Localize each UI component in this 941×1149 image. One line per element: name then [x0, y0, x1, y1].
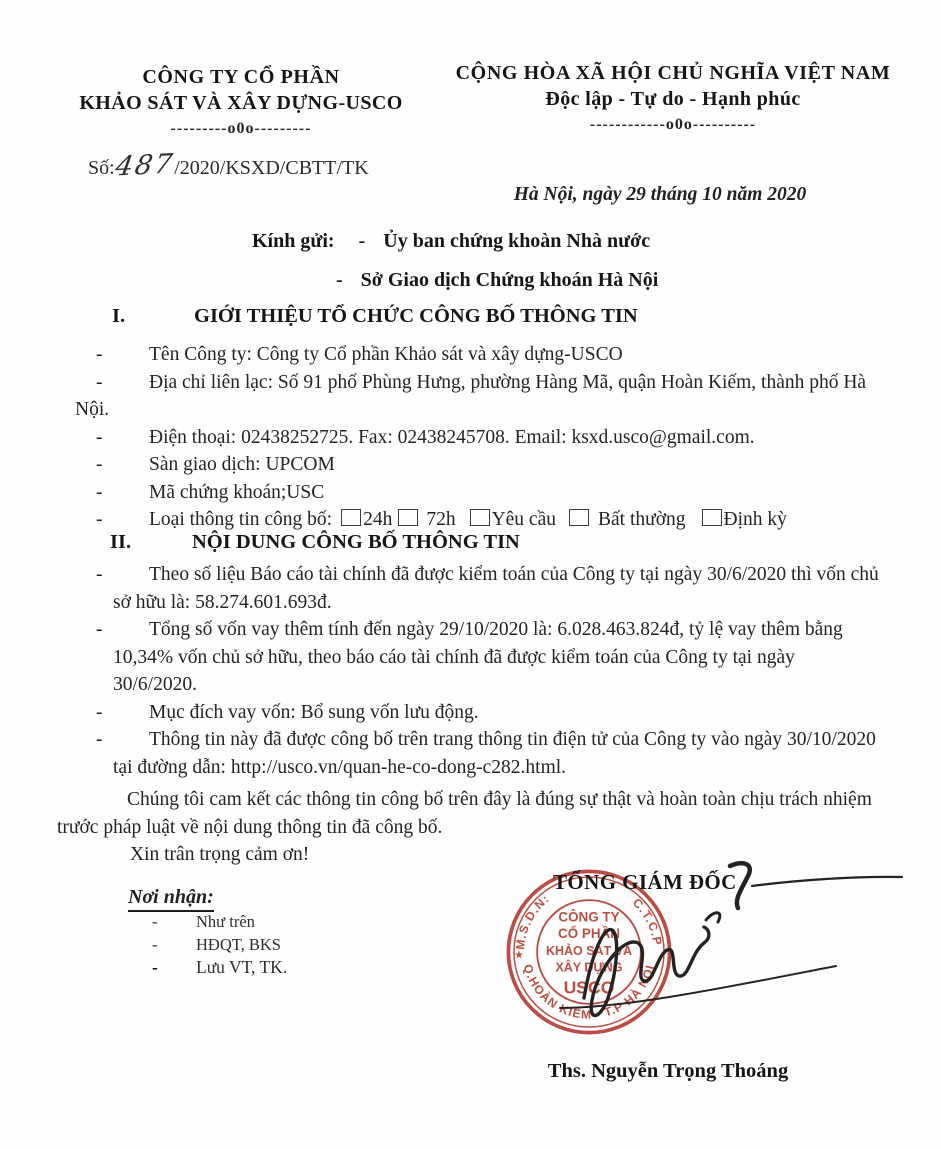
checkbox-dinh-ky[interactable] [702, 509, 722, 526]
dash-bullet: - [96, 479, 103, 507]
checkbox-label-72h: 72h [426, 509, 455, 530]
stamp-center-line1: CÔNG TY [558, 909, 619, 924]
stamp-star: ★ [514, 949, 524, 961]
dash-bullet: - [96, 726, 103, 754]
document-number-prefix: Số: [88, 157, 115, 179]
company-name-item: Tên Công ty: Công ty Cổ phần Khảo sát và… [75, 341, 881, 369]
national-separator: ------------o0o---------- [424, 112, 922, 138]
section2-title: NỘI DUNG CÔNG BỐ THÔNG TIN [192, 531, 520, 553]
checkbox-label-yeu-cau: Yêu cầu [492, 509, 556, 530]
stamp-ring-right-text: C.T.C.P [630, 896, 665, 947]
checkbox-24h[interactable] [341, 509, 361, 526]
section2-number: II. [110, 531, 192, 554]
national-line2: Độc lập - Tự do - Hạnh phúc [424, 86, 922, 112]
commitment-paragraph: Chúng tôi cam kết các thông tin công bố … [57, 786, 881, 841]
dash-bullet: - [336, 269, 343, 291]
section1-heading: I.GIỚI THIỆU TỔ CHỨC CÔNG BỐ THÔNG TIN [112, 305, 638, 328]
dash-bullet: - [96, 506, 103, 534]
disclosure-type-content: Loại thông tin công bố:24h72hYêu cầuBất … [75, 506, 881, 534]
thanks-line: Xin trân trọng cảm ơn! [130, 844, 309, 866]
section1-list: - Tên Công ty: Công ty Cổ phần Khảo sát … [75, 341, 881, 534]
noi-nhan-item-text: Như trên [196, 912, 255, 931]
checkbox-bat-thuong[interactable] [569, 509, 589, 526]
document-number-suffix: /2020/KSXD/CBTT/TK [174, 157, 368, 179]
purpose-item: Mục đích vay vốn: Bổ sung vốn lưu động. [113, 699, 881, 727]
svg-text:C.T.C.P: C.T.C.P [630, 896, 665, 947]
checkbox-label-bat-thuong: Bất thường [598, 509, 686, 530]
signature-hook [706, 913, 720, 922]
stamp-center-line4: XÂY DỰNG [555, 959, 622, 974]
recipients-line-1: Kính gửi:-Ủy ban chứng khoàn Nhà nước [252, 228, 650, 255]
signer-title: TỔNG GIÁM ĐỐC [553, 870, 737, 895]
dash-bullet: - [96, 561, 103, 589]
dash-bullet: - [96, 699, 103, 727]
contact-item: Điện thoại: 02438252725. Fax: 0243824570… [75, 424, 881, 452]
dash-bullet: - [96, 451, 103, 479]
document-page: CÔNG TY CỔ PHẦN KHẢO SÁT VÀ XÂY DỰNG-USC… [0, 0, 941, 1149]
stamp-center-line3: KHẢO SÁT VÀ [546, 943, 632, 958]
stamp-center-line5: USCO [564, 978, 615, 998]
signer-name: Ths. Nguyễn Trọng Thoáng [523, 1060, 813, 1083]
date-line: Hà Nội, ngày 29 tháng 10 năm 2020 [430, 184, 890, 206]
dash-bullet: - [152, 956, 158, 979]
national-header-block: CỘNG HÒA XÃ HỘI CHỦ NGHĨA VIỆT NAM Độc l… [424, 60, 922, 138]
recipient-2: Sở Giao dịch Chứng khoán Hà Nội [361, 269, 659, 291]
list-item: - Mục đích vay vốn: Bổ sung vốn lưu động… [113, 699, 881, 727]
recipient-1: Ủy ban chứng khoàn Nhà nước [383, 230, 650, 252]
disclosure-url: Thông tin này đã được công bố trên trang… [113, 726, 881, 781]
list-item: - Tổng số vốn vay thêm tính đến ngày 29/… [113, 616, 881, 699]
dash-bullet: - [96, 369, 103, 397]
noi-nhan-item: - Lưu VT, TK. [146, 956, 287, 979]
checkbox-label-dinh-ky: Định kỳ [724, 509, 787, 530]
company-separator: ---------o0o--------- [55, 116, 427, 142]
checkbox-yeu-cau[interactable] [470, 509, 490, 526]
noi-nhan-label: Nơi nhận: [128, 886, 214, 912]
dash-bullet: - [152, 911, 158, 934]
recipients-label: Kính gửi: [252, 230, 335, 252]
company-name-line2: KHẢO SÁT VÀ XÂY DỰNG-USCO [55, 90, 427, 116]
company-header-block: CÔNG TY CỔ PHẦN KHẢO SÁT VÀ XÂY DỰNG-USC… [55, 64, 427, 142]
signature-title-line [752, 877, 902, 886]
section1-number: I. [112, 305, 194, 328]
section2-list: - Theo số liệu Báo cáo tài chính đã được… [113, 561, 881, 781]
noi-nhan-list: - Như trên - HĐQT, BKS - Lưu VT, TK. [146, 911, 287, 979]
dash-bullet: - [96, 616, 103, 644]
noi-nhan-item-text: HĐQT, BKS [196, 935, 281, 954]
list-item: - Thông tin này đã được công bố trên tra… [113, 726, 881, 781]
noi-nhan-item: - HĐQT, BKS [146, 934, 287, 957]
list-item: - Địa chỉ liên lạc: Số 91 phố Phùng Hưng… [75, 369, 881, 424]
ticker-item: Mã chứng khoán;USC [75, 479, 881, 507]
loan-item: Tổng số vốn vay thêm tính đến ngày 29/10… [113, 616, 881, 699]
checkbox-72h[interactable] [398, 509, 418, 526]
noi-nhan-item-text: Lưu VT, TK. [196, 957, 287, 977]
dash-bullet: - [96, 424, 103, 452]
disclosure-type-row: - Loại thông tin công bố:24h72hYêu cầuBấ… [75, 506, 881, 534]
dash-bullet: - [359, 230, 366, 252]
noi-nhan-item: - Như trên [146, 911, 287, 934]
section2-heading: II.NỘI DUNG CÔNG BỐ THÔNG TIN [110, 531, 520, 554]
disclosure-type-label: Loại thông tin công bố: [149, 509, 332, 530]
dash-bullet: - [152, 934, 158, 957]
exchange-item: Sàn giao dịch: UPCOM [75, 451, 881, 479]
stamp-center-line2: CỔ PHẦN [558, 926, 620, 941]
list-item: - Điện thoại: 02438252725. Fax: 02438245… [75, 424, 881, 452]
recipients-line-2: -Sở Giao dịch Chứng khoán Hà Nội [336, 267, 658, 294]
section1-title: GIỚI THIỆU TỔ CHỨC CÔNG BỐ THÔNG TIN [194, 305, 638, 327]
dash-bullet: - [96, 341, 103, 369]
list-item: - Sàn giao dịch: UPCOM [75, 451, 881, 479]
document-number: Số:487/2020/KSXD/CBTT/TK [88, 150, 369, 181]
company-name-line1: CÔNG TY CỔ PHẦN [55, 64, 427, 90]
list-item: - Theo số liệu Báo cáo tài chính đã được… [113, 561, 881, 616]
checkbox-label-24h: 24h [363, 509, 392, 530]
list-item: - Tên Công ty: Công ty Cổ phần Khảo sát … [75, 341, 881, 369]
equity-item: Theo số liệu Báo cáo tài chính đã được k… [113, 561, 881, 616]
document-number-handwritten: 487 [113, 149, 176, 183]
national-line1: CỘNG HÒA XÃ HỘI CHỦ NGHĨA VIỆT NAM [424, 60, 922, 86]
address-item: Địa chỉ liên lạc: Số 91 phố Phùng Hưng, … [75, 369, 881, 424]
list-item: - Mã chứng khoán;USC [75, 479, 881, 507]
